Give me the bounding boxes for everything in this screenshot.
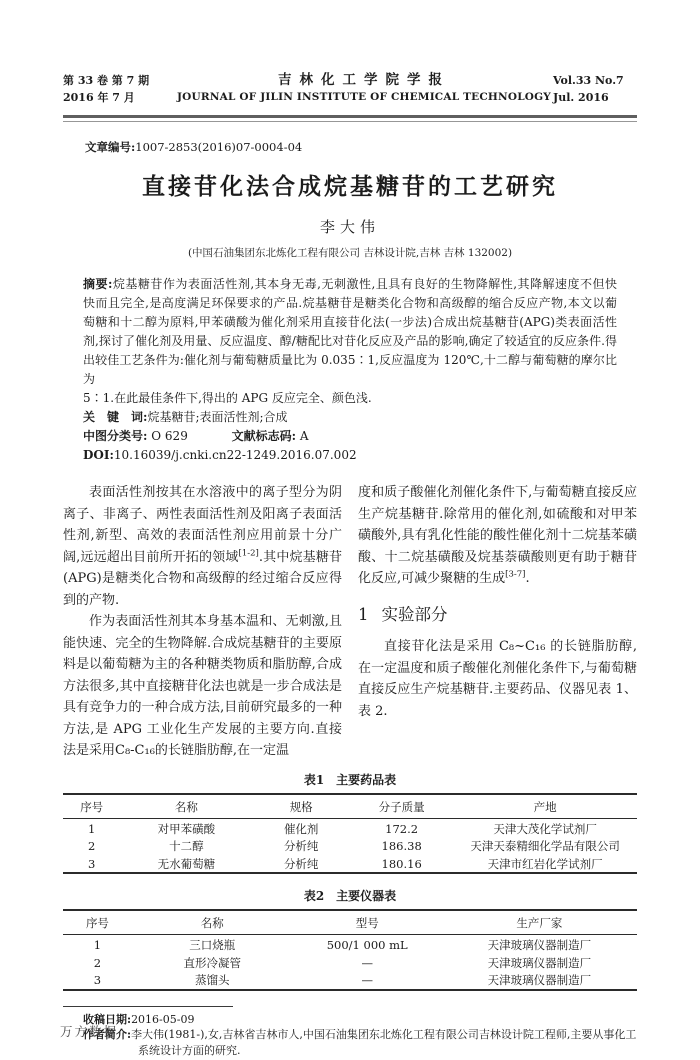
table-cell: 蒸馏头 [132, 971, 293, 990]
body-columns: 表面活性剂按其在水溶液中的离子型分为阴离子、非离子、两性表面活性剂及阳离子表面活… [63, 482, 637, 762]
keywords-value: 烷基糖苷;表面活性剂;合成 [147, 410, 287, 424]
table-cell: 186.38 [350, 837, 453, 855]
header-cell: 产地 [453, 794, 637, 819]
paragraph-text: 度和质子酸催化剂催化条件下,与葡萄糖直接反应生产烷基糖苷.除常用的催化剂,如硫酸… [358, 485, 637, 586]
paragraph-synthesis: 作为表面活性剂其本身基本温和、无刺激,且能快速、完全的生物降解.合成烷基糖苷的主… [63, 611, 342, 762]
table-cell: 172.2 [350, 818, 453, 837]
issue-date-cn: 2016 年 7 月 [63, 89, 175, 106]
keywords-line: 关 键 词:烷基糖苷;表面活性剂;合成 [83, 408, 617, 427]
footnote-divider-rule [63, 1006, 233, 1007]
paragraph-intro: 表面活性剂按其在水溶液中的离子型分为阴离子、非离子、两性表面活性剂及阳离子表面活… [63, 482, 342, 611]
table-cell: 180.16 [350, 855, 453, 874]
clc-label: 中图分类号: [83, 429, 147, 443]
instruments-table: 序号 名称 型号 生产厂家 1 三口烧瓶 500/1 000 mL 天津玻璃仪器… [63, 909, 637, 991]
header-cell: 型号 [293, 910, 442, 935]
table-cell: 3 [63, 855, 120, 874]
header-divider-rule [63, 115, 637, 122]
paragraph-continuation: 度和质子酸催化剂催化条件下,与葡萄糖直接反应生产烷基糖苷.除常用的催化剂,如硫酸… [358, 482, 637, 590]
article-number-line: 文章编号:1007-2853(2016)07-0004-04 [63, 139, 637, 155]
table-header-row: 序号 名称 规格 分子质量 产地 [63, 794, 637, 819]
section-title: 实验部分 [382, 605, 448, 624]
chemicals-table: 序号 名称 规格 分子质量 产地 1 对甲苯磺酸 催化剂 172.2 天津大茂化… [63, 793, 637, 875]
abstract-line: 快而且完全,是高度满足环保要求的产品.烷基糖苷是糖类化合物和高级醇的缩合反应产物… [83, 294, 617, 313]
table-row: 1 对甲苯磺酸 催化剂 172.2 天津大茂化学试剂厂 [63, 818, 637, 837]
table-cell: 1 [63, 935, 132, 954]
table-cell: 十二醇 [120, 837, 252, 855]
table-cell: 无水葡萄糖 [120, 855, 252, 874]
header-cell: 分子质量 [350, 794, 453, 819]
table-cell: 对甲苯磺酸 [120, 818, 252, 837]
section-heading-experiment: 1实验部分 [358, 604, 637, 626]
header-cell: 序号 [63, 910, 132, 935]
volume-info-en: Vol.33 No.7 Jul. 2016 [553, 72, 637, 106]
header-cell: 序号 [63, 794, 120, 819]
paper-title: 直接苷化法合成烷基糖苷的工艺研究 [63, 168, 637, 201]
reference-marker: [1-2] [239, 548, 259, 558]
table-row: 2 十二醇 分析纯 186.38 天津天泰精细化学品有限公司 [63, 837, 637, 855]
table-row: 3 无水葡萄糖 分析纯 180.16 天津市红岩化学试剂厂 [63, 855, 637, 874]
section-number: 1 [358, 605, 369, 624]
doi-segment: DOI:10.16039/j.cnki.cn22-1249.2016.07.00… [83, 448, 357, 462]
table-header-row: 序号 名称 型号 生产厂家 [63, 910, 637, 935]
table-cell: 3 [63, 971, 132, 990]
abstract-line: 萄糖和十二醇为原料,甲苯磺酸为催化剂采用直接苷化法(一步法)合成出烷基糖苷(AP… [83, 313, 617, 332]
footnote-block: 收稿日期:2016-05-09 作者简介:李大伟(1981-),女,吉林省吉林市… [63, 1006, 637, 1059]
header-cell: 生产厂家 [442, 910, 637, 935]
table-cell: 天津天泰精细化学品有限公司 [453, 837, 637, 855]
issue-volume-cn: 第 33 卷 第 7 期 [63, 72, 175, 89]
classification-line: 中图分类号: O 629 文献标志码: A DOI:10.16039/j.cnk… [83, 427, 617, 465]
journal-title-cn: 吉林化工学院学报 [175, 72, 553, 89]
abstract-line: 摘要:烷基糖苷作为表面活性剂,其本身无毒,无刺激性,且具有良好的生物降解性,其降… [83, 275, 617, 294]
abstract-line: 5∶1.在此最佳条件下,得出的 APG 反应完全、颜色浅. [83, 389, 617, 408]
table-row: 1 三口烧瓶 500/1 000 mL 天津玻璃仪器制造厂 [63, 935, 637, 954]
issue-date-en: Jul. 2016 [553, 89, 637, 106]
abstract-label: 摘要: [83, 277, 112, 291]
journal-title-en: JOURNAL OF JILIN INSTITUTE OF CHEMICAL T… [175, 89, 553, 106]
received-date-value: 2016-05-09 [131, 1013, 194, 1026]
doi-label: DOI: [83, 448, 114, 462]
table-cell: 三口烧瓶 [132, 935, 293, 954]
abstract-line: 出较佳工艺条件为:催化剂与葡萄糖质量比为 0.035∶1,反应温度为 120℃,… [83, 351, 617, 389]
received-date-line: 收稿日期:2016-05-09 [63, 1012, 637, 1028]
table-cell: 天津市红岩化学试剂厂 [453, 855, 637, 874]
header-cell: 名称 [120, 794, 252, 819]
table-cell: — [293, 954, 442, 972]
table-cell: 2 [63, 954, 132, 972]
paragraph-text: . [525, 571, 529, 586]
header-cell: 名称 [132, 910, 293, 935]
table-cell: 500/1 000 mL [293, 935, 442, 954]
table-cell: 天津大茂化学试剂厂 [453, 818, 637, 837]
reference-marker: [3-7] [505, 570, 525, 580]
table-cell: 催化剂 [252, 818, 350, 837]
issue-info: 第 33 卷 第 7 期 2016 年 7 月 [63, 72, 175, 106]
author-bio-value: 李大伟(1981-),女,吉林省吉林市人,中国石油集团东北炼化工程有限公司吉林设… [131, 1028, 636, 1057]
table-cell: 天津玻璃仪器制造厂 [442, 935, 637, 954]
author-name: 李大伟 [63, 216, 637, 237]
article-number-value: 1007-2853(2016)07-0004-04 [135, 140, 302, 154]
article-number-label: 文章编号: [85, 140, 135, 154]
scanned-paper-page: 第 33 卷 第 7 期 2016 年 7 月 吉林化工学院学报 JOURNAL… [0, 0, 700, 1060]
author-bio-line: 作者简介:李大伟(1981-),女,吉林省吉林市人,中国石油集团东北炼化工程有限… [63, 1027, 637, 1058]
paragraph-method: 直接苷化法是采用 C₈~C₁₆ 的长链脂肪醇,在一定温度和质子酸催化剂催化条件下… [358, 636, 637, 722]
abstract-text: 烷基糖苷作为表面活性剂,其本身无毒,无刺激性,且具有良好的生物降解性,其降解速度… [112, 277, 617, 291]
doc-code-segment: 文献标志码: A [232, 429, 309, 443]
right-column: 度和质子酸催化剂催化条件下,与葡萄糖直接反应生产烷基糖苷.除常用的催化剂,如硫酸… [358, 482, 637, 762]
keywords-label: 关 键 词: [83, 410, 147, 424]
abstract-section: 摘要:烷基糖苷作为表面活性剂,其本身无毒,无刺激性,且具有良好的生物降解性,其降… [83, 275, 617, 408]
author-affiliation: (中国石油集团东北炼化工程有限公司 吉林设计院,吉林 吉林 132002) [63, 245, 637, 260]
table-cell: 2 [63, 837, 120, 855]
table-row: 2 直形冷凝管 — 天津玻璃仪器制造厂 [63, 954, 637, 972]
table1-caption: 表1 主要药品表 [63, 771, 637, 788]
doi-value: 10.16039/j.cnki.cn22-1249.2016.07.002 [114, 448, 357, 462]
table-cell: 天津玻璃仪器制造厂 [442, 954, 637, 972]
journal-title-block: 吉林化工学院学报 JOURNAL OF JILIN INSTITUTE OF C… [175, 72, 553, 106]
abstract-line: 剂,探讨了催化剂及用量、反应温度、醇/糖配比对苷化反应及产品的影响,确定了较适宜… [83, 332, 617, 351]
table-cell: 分析纯 [252, 855, 350, 874]
table-row: 3 蒸馏头 — 天津玻璃仪器制造厂 [63, 971, 637, 990]
doc-code-label: 文献标志码: [232, 429, 296, 443]
table-cell: — [293, 971, 442, 990]
doc-code-value: A [300, 429, 309, 443]
wanfang-watermark: 万方数据 [60, 1022, 118, 1040]
journal-header: 第 33 卷 第 7 期 2016 年 7 月 吉林化工学院学报 JOURNAL… [63, 72, 637, 106]
volume-number-en: Vol.33 No.7 [553, 72, 637, 89]
table-cell: 分析纯 [252, 837, 350, 855]
clc-value: O 629 [151, 429, 188, 443]
header-cell: 规格 [252, 794, 350, 819]
table2-caption: 表2 主要仪器表 [63, 887, 637, 904]
table-cell: 直形冷凝管 [132, 954, 293, 972]
table-cell: 1 [63, 818, 120, 837]
table-cell: 天津玻璃仪器制造厂 [442, 971, 637, 990]
left-column: 表面活性剂按其在水溶液中的离子型分为阴离子、非离子、两性表面活性剂及阳离子表面活… [63, 482, 342, 762]
clc-segment: 中图分类号: O 629 [83, 429, 188, 443]
